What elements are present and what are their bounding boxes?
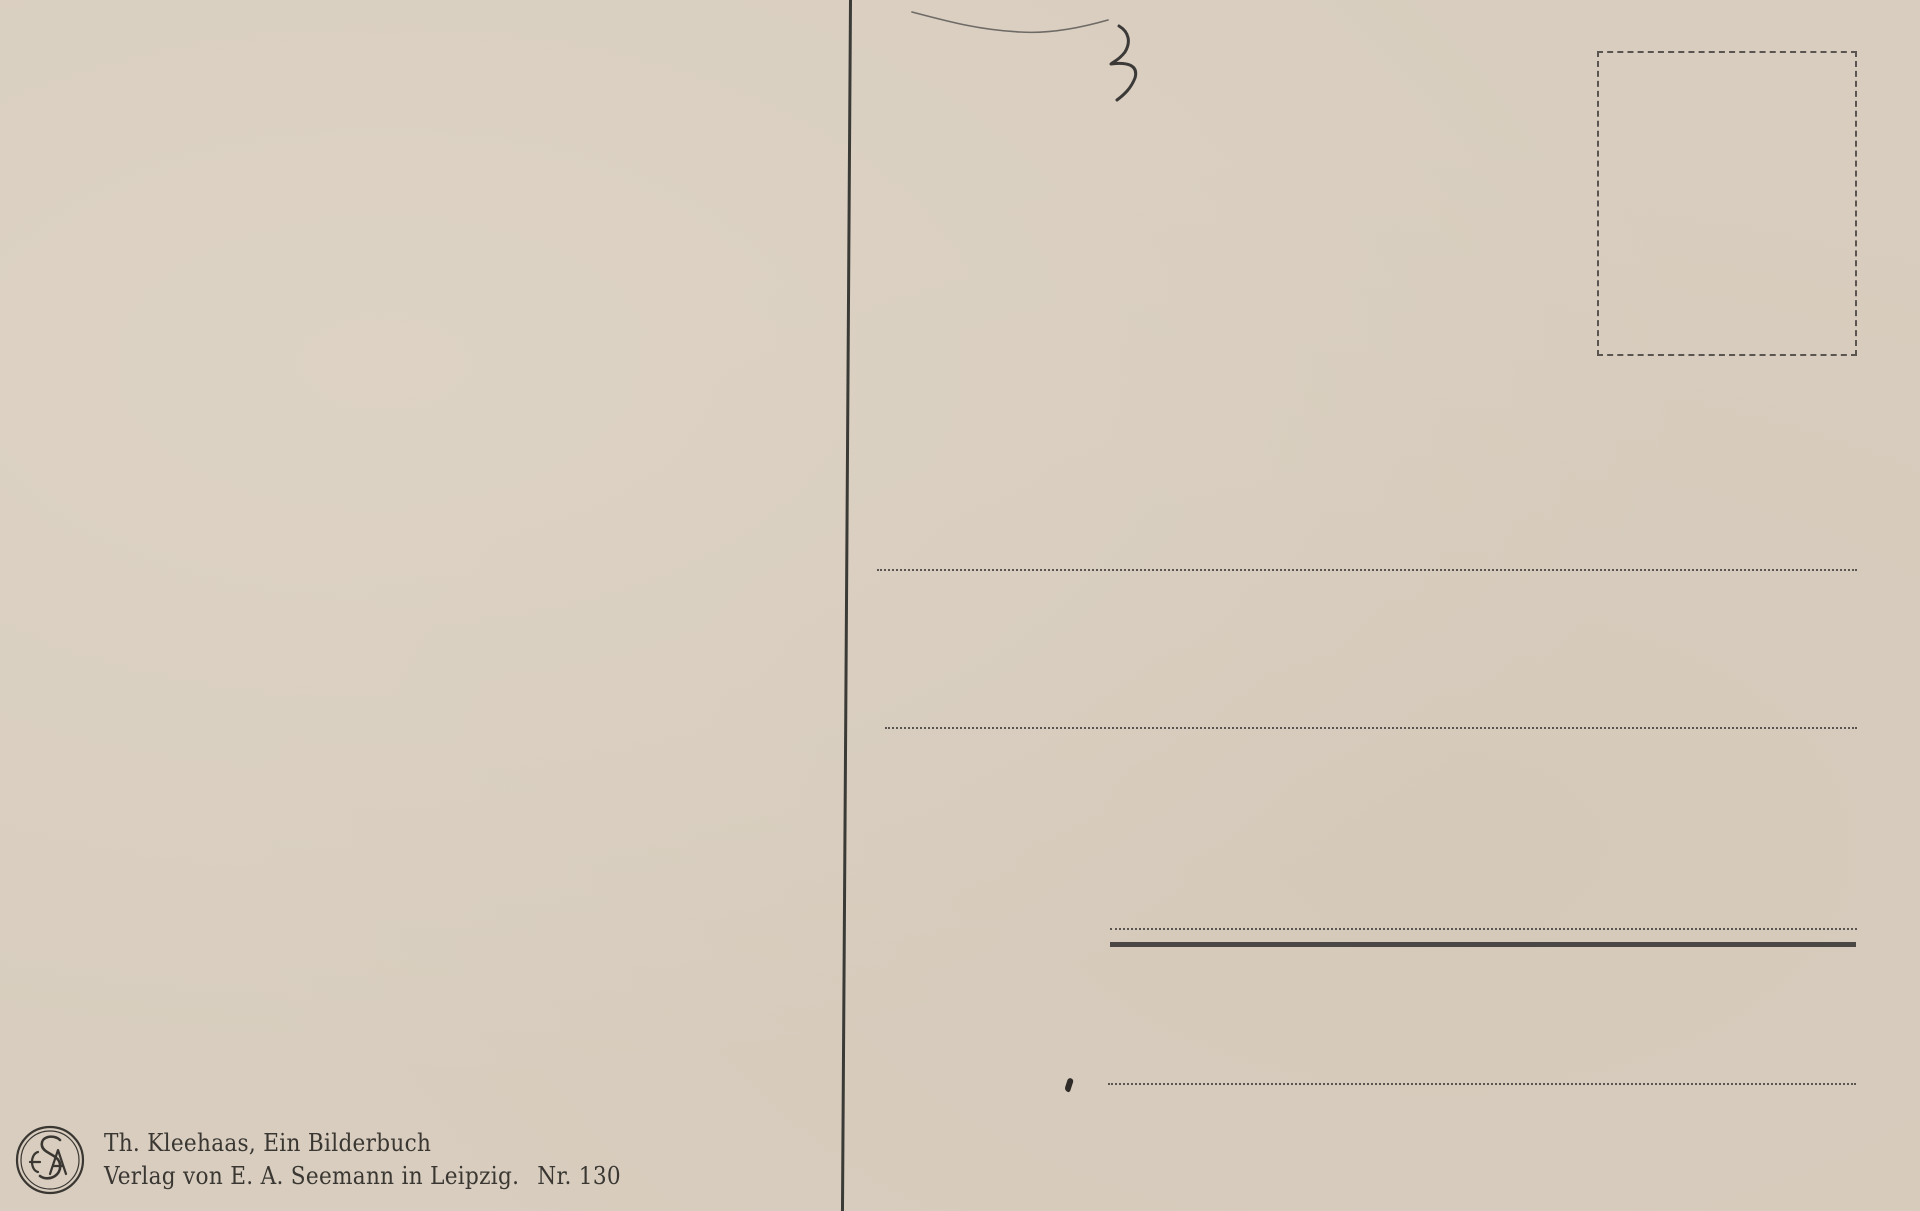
imprint-title-line: Th. Kleehaas, Ein Bilderbuch [104,1127,621,1160]
imprint-publisher: Verlag von E. A. Seemann in Leipzig. [104,1162,519,1190]
esa-monogram-icon [14,1124,86,1196]
postcard-back: 3 Th. Kleehaas, Ein Bilderbuch Verlag vo… [0,0,1920,1211]
imprint-number: Nr. 130 [537,1162,621,1190]
handwritten-number-mark [1105,22,1145,102]
imprint-publisher-line: Verlag von E. A. Seemann in Leipzig.Nr. … [104,1160,621,1193]
address-line-4 [1108,1083,1856,1085]
center-divider-line [841,0,852,1211]
address-underline-thick [1110,942,1856,947]
pencil-stroke-mark [910,8,1110,38]
imprint-text-block: Th. Kleehaas, Ein Bilderbuch Verlag von … [104,1127,621,1193]
publisher-imprint: Th. Kleehaas, Ein Bilderbuch Verlag von … [14,1124,621,1196]
stamp-placement-box [1597,51,1857,356]
address-line-3 [1110,928,1857,930]
ink-blot-mark [1064,1077,1074,1092]
address-line-1 [877,569,1857,571]
address-line-2 [885,727,1857,729]
